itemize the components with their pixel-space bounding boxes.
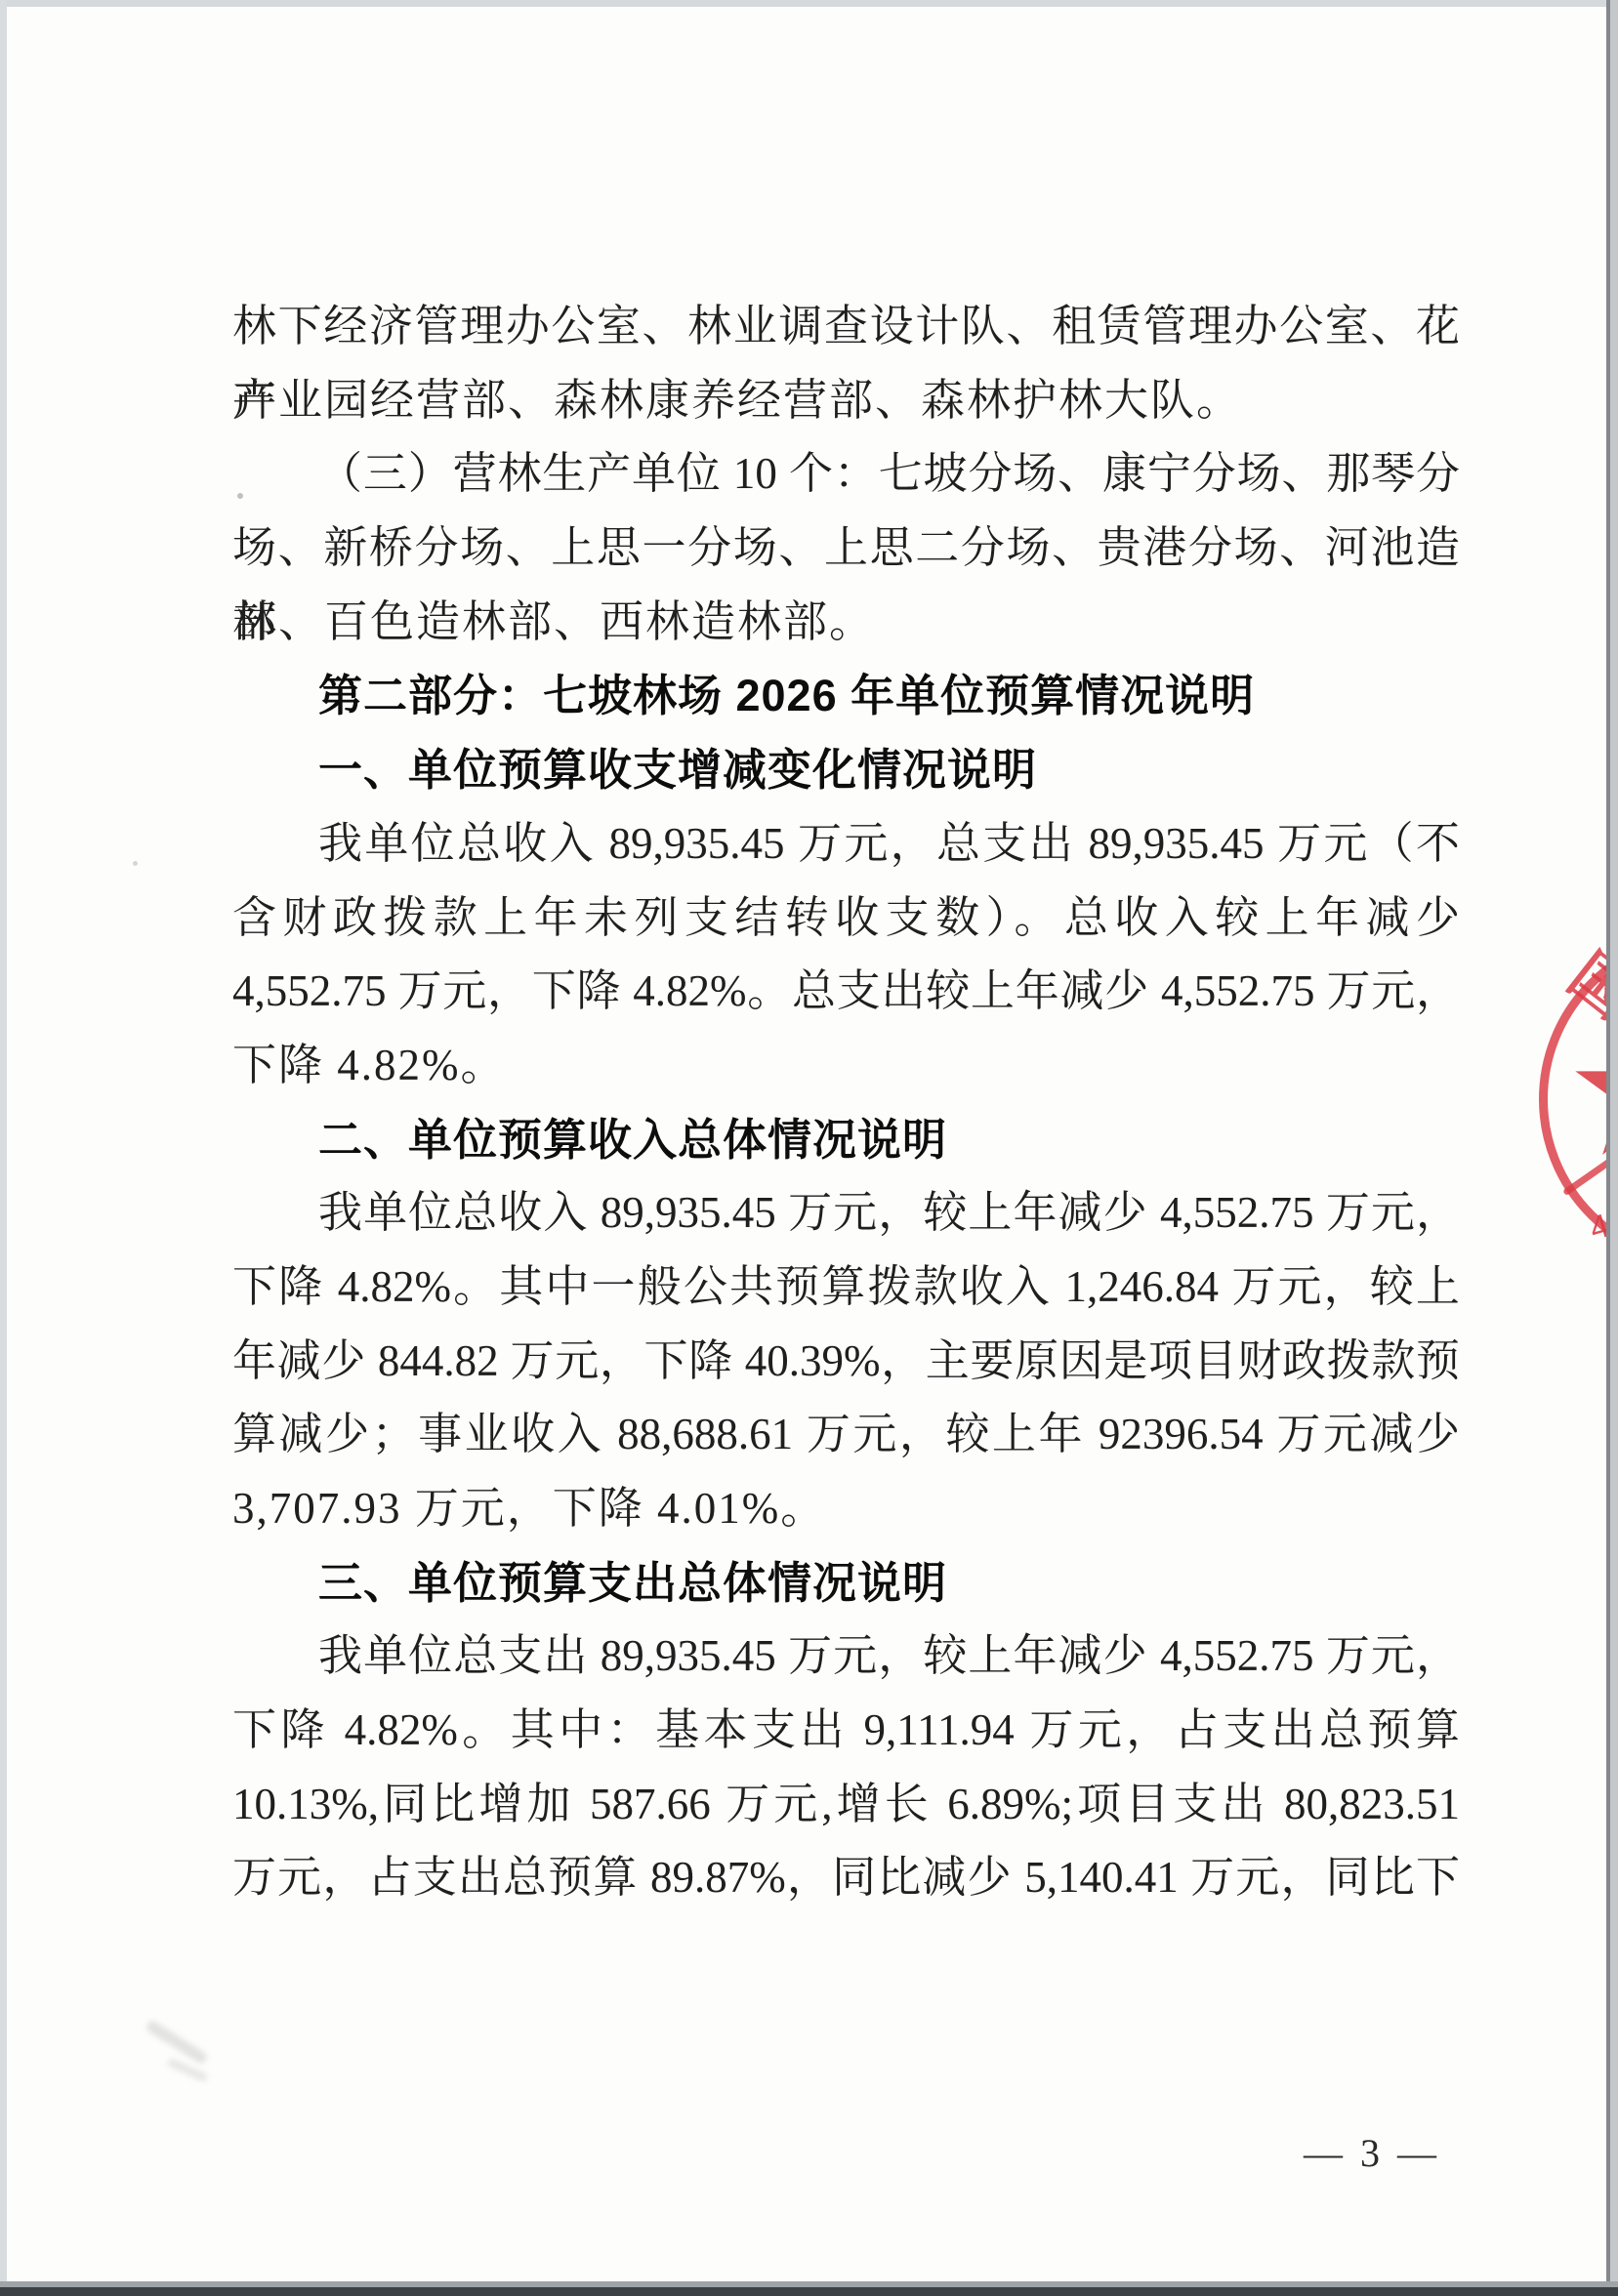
scan-edge-top <box>0 0 1618 7</box>
scan-smudge <box>145 2019 209 2065</box>
scan-edge-right-strip <box>1610 0 1618 2296</box>
text-line-5: 部、百色造林部、西林造林部。 <box>232 586 1460 660</box>
scan-edge-bottom <box>0 2287 1618 2296</box>
text-line-17: 3,707.93 万元，下降 4.01%。 <box>232 1472 1460 1546</box>
section-heading-3: 三、单位预算支出总体情况说明 <box>232 1546 1460 1620</box>
section-heading-2: 二、单位预算收入总体情况说明 <box>232 1103 1460 1177</box>
scan-artifact-dot <box>237 493 243 499</box>
scan-edge-left <box>0 0 7 2296</box>
scan-artifact-dot-2 <box>133 861 138 866</box>
text-column: 林下经济管理办公室、林业调查设计队、租赁管理办公室、花卉 产业园经营部、森林康养… <box>232 290 1460 1915</box>
text-line-2: 产业园经营部、森林康养经营部、森林护林大队。 <box>232 364 1460 438</box>
text-line-19: 我单位总支出 89,935.45 万元，较上年减少 4,552.75 万元， <box>232 1619 1460 1694</box>
text-line-13: 我单位总收入 89,935.45 万元，较上年减少 4,552.75 万元， <box>232 1176 1460 1250</box>
document-page: 林下经济管理办公室、林业调查设计队、租赁管理办公室、花卉 产业园经营部、森林康养… <box>0 0 1618 2296</box>
text-line-15: 年减少 844.82 万元，下降 40.39%，主要原因是项目财政拨款预 <box>232 1325 1460 1399</box>
text-line-4: 场、新桥分场、上思一分场、上思二分场、贵港分场、河池造林 <box>232 512 1460 586</box>
section-heading-part2: 第二部分：七坡林场 2026 年单位预算情况说明 <box>232 659 1460 733</box>
section-heading-1: 一、单位预算收支增减变化情况说明 <box>232 733 1460 807</box>
text-line-20: 下降 4.82%。其中：基本支出 9,111.94 万元，占支出总预算 <box>232 1694 1460 1768</box>
text-line-1: 林下经济管理办公室、林业调查设计队、租赁管理办公室、花卉 <box>232 290 1460 364</box>
text-line-11: 下降 4.82%。 <box>232 1029 1460 1103</box>
page-number: — 3 — <box>1274 2130 1470 2176</box>
text-line-14: 下降 4.82%。其中一般公共预算拨款收入 1,246.84 万元，较上 <box>232 1250 1460 1325</box>
text-line-3: （三）营林生产单位 10 个：七坡分场、康宁分场、那琴分 <box>232 437 1460 512</box>
text-line-21: 10.13%,同比增加 587.66 万元,增长 6.89%;项目支出 80,8… <box>232 1768 1460 1842</box>
text-line-22: 万元，占支出总预算 89.87%，同比减少 5,140.41 万元，同比下 <box>232 1841 1460 1915</box>
text-line-10: 4,552.75 万元，下降 4.82%。总支出较上年减少 4,552.75 万… <box>232 955 1460 1029</box>
text-line-8: 我单位总收入 89,935.45 万元，总支出 89,935.45 万元（不 <box>232 807 1460 881</box>
text-line-16: 算减少；事业收入 88,688.61 万元，较上年 92396.54 万元减少 <box>232 1398 1460 1472</box>
text-line-9: 含财政拨款上年未列支结转收支数）。总收入较上年减少 <box>232 881 1460 956</box>
